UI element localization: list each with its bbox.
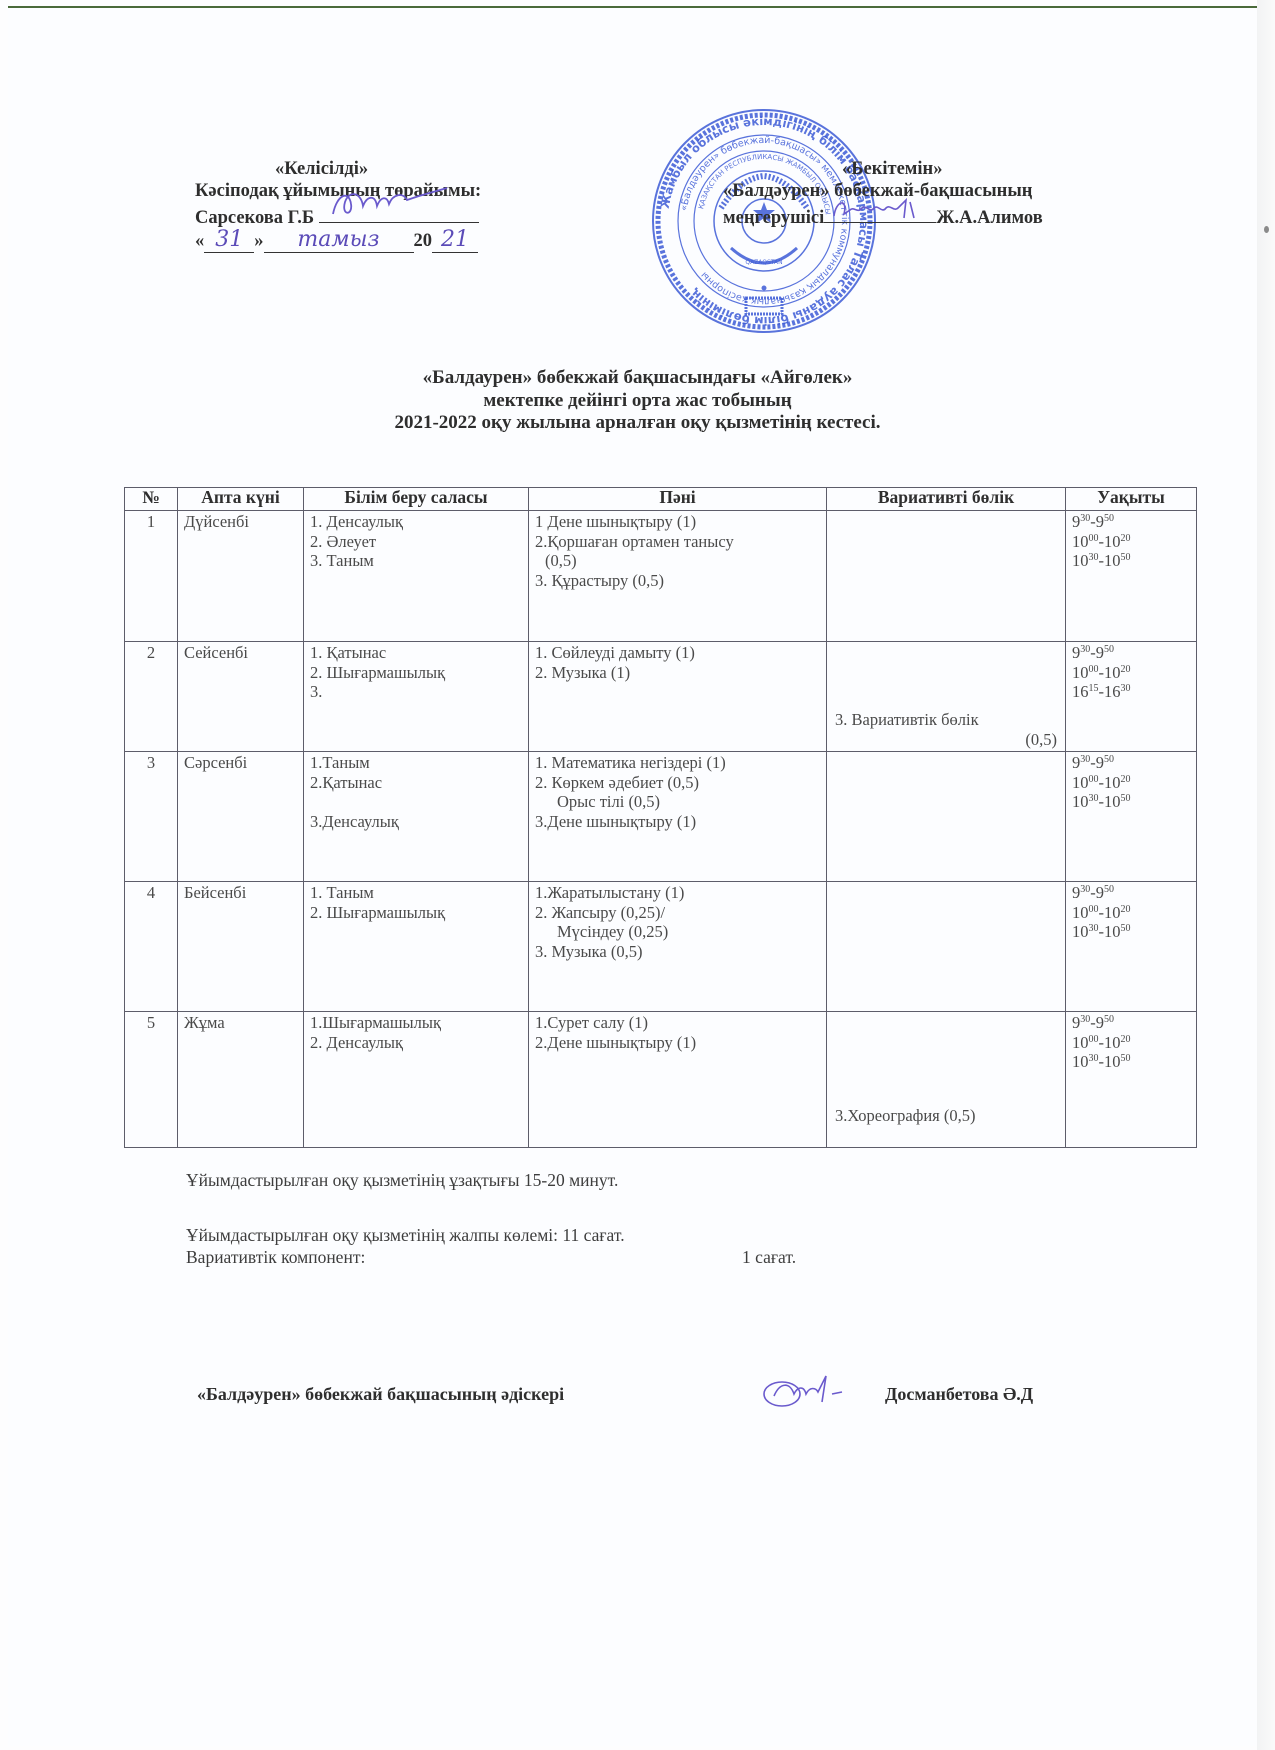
time-slot: 1000-1020 (1072, 773, 1190, 793)
variative-label: 3. Вариативтік бөлік (835, 710, 1057, 730)
subject: (0,5) (535, 551, 820, 571)
variative-cell (827, 882, 1066, 1012)
time-slot: 1615-1630 (1072, 682, 1190, 702)
signature-line-right (824, 202, 936, 223)
time-slot: 1030-1050 (1072, 792, 1190, 812)
approval-left: «Келісілді» Кәсіподақ ұйымының төрайымы:… (195, 158, 481, 253)
subject: 3. Музыка (0,5) (535, 942, 820, 962)
education-area (310, 792, 522, 812)
education-area-cell: 1. Қатынас2. Шығармашылық3. (304, 642, 529, 752)
time-cell: 930-9501000-10201615-1630 (1066, 642, 1197, 752)
note-total-volume: Ұйымдастырылған оқу қызметінің жалпы көл… (186, 1225, 625, 1246)
subject: 2.Дене шынықтыру (1) (535, 1033, 820, 1053)
table-row: 5Жұма1.Шығармашылық2. Денсаулық1.Сурет с… (125, 1012, 1197, 1148)
approval-right-name: Ж.А.Алимов (936, 208, 1042, 228)
time-slot: 1000-1020 (1072, 532, 1190, 552)
header-area: Білім беру саласы (304, 488, 529, 511)
approval-right: «Бекітемін» «Балдәурен» бөбекжай-бақшасы… (720, 158, 1043, 229)
time-cell: 930-9501000-10201030-1050 (1066, 882, 1197, 1012)
education-area: 1. Таным (310, 883, 522, 903)
document-title: «Балдаурен» бөбекжай бақшасындағы «Айгөл… (0, 367, 1275, 435)
header-num: № (125, 488, 178, 511)
date-month: тамыз (297, 227, 379, 252)
education-area: 3. (310, 682, 522, 702)
education-area: 1. Қатынас (310, 643, 522, 663)
education-area: 2. Шығармашылық (310, 903, 522, 923)
svg-text:QAZAQSTAN: QAZAQSTAN (745, 259, 782, 266)
day-of-week: Жұма (178, 1012, 304, 1148)
time-cell: 930-9501000-10201030-1050 (1066, 752, 1197, 882)
signature-icon (760, 1372, 860, 1412)
row-number: 4 (125, 882, 178, 1012)
education-area-cell: 1.Шығармашылық2. Денсаулық (304, 1012, 529, 1148)
signature-icon (327, 186, 457, 222)
row-number: 3 (125, 752, 178, 882)
day-of-week: Дүйсенбі (178, 511, 304, 642)
time-slot: 1000-1020 (1072, 903, 1190, 923)
row-number: 2 (125, 642, 178, 752)
subject-cell: 1.Сурет салу (1)2.Дене шынықтыру (1) (529, 1012, 827, 1148)
subject: 3. Құрастыру (0,5) (535, 571, 820, 591)
signature-icon (828, 196, 928, 222)
date-day: 31 (215, 227, 243, 252)
approval-left-name: Сарсекова Г.Б (195, 208, 314, 228)
note-variative: Вариативтік компонент: 1 сағат. (186, 1247, 365, 1268)
time-slot: 930-950 (1072, 883, 1190, 903)
subject: Орыс тілі (0,5) (535, 792, 820, 812)
subject: 2.Қоршаған ортамен танысу (535, 532, 820, 552)
table-row: 2Сейсенбі1. Қатынас2. Шығармашылық3.1. С… (125, 642, 1197, 752)
signature-line-left (319, 202, 479, 223)
approval-left-heading: «Келісілді» (195, 158, 481, 180)
time-slot: 930-950 (1072, 512, 1190, 532)
education-area: 1.Шығармашылық (310, 1013, 522, 1033)
education-area-cell: 1. Таным2. Шығармашылық (304, 882, 529, 1012)
subject: 1.Сурет салу (1) (535, 1013, 820, 1033)
education-area: 1. Денсаулық (310, 512, 522, 532)
variative-hours: (0,5) (835, 730, 1057, 750)
subject-cell: 1. Сөйлеуді дамыту (1)2. Музыка (1) (529, 642, 827, 752)
education-area-cell: 1.Таным2.Қатынас3.Денсаулық (304, 752, 529, 882)
time-slot: 1000-1020 (1072, 663, 1190, 683)
time-slot: 930-950 (1072, 753, 1190, 773)
time-slot: 1030-1050 (1072, 1052, 1190, 1072)
table-row: 3Сәрсенбі1.Таным2.Қатынас3.Денсаулық1. М… (125, 752, 1197, 882)
header-subject: Пәні (529, 488, 827, 511)
time-slot: 1030-1050 (1072, 922, 1190, 942)
approval-right-heading: «Бекітемін» (720, 158, 1043, 180)
time-slot: 930-950 (1072, 1013, 1190, 1033)
variative-label: 3.Хореография (0,5) (835, 1106, 1057, 1126)
subject: 1. Математика негіздері (1) (535, 753, 820, 773)
table-row: 4Бейсенбі1. Таным2. Шығармашылық1.Жараты… (125, 882, 1197, 1012)
table-header-row: № Апта күні Білім беру саласы Пәні Вариа… (125, 488, 1197, 511)
variative-cell: 3. Вариативтік бөлік(0,5) (827, 642, 1066, 752)
variative-cell: 3.Хореография (0,5) (827, 1012, 1066, 1148)
subject-cell: 1. Математика негіздері (1)2. Көркем әде… (529, 752, 827, 882)
time-cell: 930-9501000-10201030-1050 (1066, 511, 1197, 642)
header-day: Апта күні (178, 488, 304, 511)
time-cell: 930-9501000-10201030-1050 (1066, 1012, 1197, 1148)
header-variative: Вариативті бөлік (827, 488, 1066, 511)
note-variative-value: 1 сағат. (742, 1247, 796, 1268)
subject: Мүсіндеу (0,25) (535, 922, 820, 942)
variative-cell (827, 511, 1066, 642)
subject: 2. Жапсыру (0,25)/ (535, 903, 820, 923)
variative-part: 3. Вариативтік бөлік(0,5) (835, 710, 1057, 749)
education-area-cell: 1. Денсаулық2. Әлеует3. Таным (304, 511, 529, 642)
education-area: 2. Шығармашылық (310, 663, 522, 683)
table-row: 1Дүйсенбі1. Денсаулық2. Әлеует3. Таным1 … (125, 511, 1197, 642)
header-time: Уақыты (1066, 488, 1197, 511)
scan-edge (1257, 0, 1275, 1750)
row-number: 1 (125, 511, 178, 642)
date-year: 21 (441, 227, 469, 252)
day-of-week: Сәрсенбі (178, 752, 304, 882)
education-area: 2.Қатынас (310, 773, 522, 793)
education-area: 1.Таным (310, 753, 522, 773)
row-number: 5 (125, 1012, 178, 1148)
day-of-week: Бейсенбі (178, 882, 304, 1012)
education-area: 3. Таным (310, 551, 522, 571)
time-slot: 1030-1050 (1072, 551, 1190, 571)
subject-cell: 1 Дене шынықтыру (1)2.Қоршаған ортамен т… (529, 511, 827, 642)
note-variative-label: Вариативтік компонент: (186, 1247, 365, 1267)
education-area: 2. Денсаулық (310, 1033, 522, 1053)
subject-cell: 1.Жаратылыстану (1)2. Жапсыру (0,25)/Мүс… (529, 882, 827, 1012)
subject: 1 Дене шынықтыру (1) (535, 512, 820, 532)
variative-cell (827, 752, 1066, 882)
subject: 2. Көркем әдебиет (0,5) (535, 773, 820, 793)
day-of-week: Сейсенбі (178, 642, 304, 752)
signoff-role: «Балдәурен» бөбекжай бақшасының әдіскері (197, 1384, 564, 1405)
approval-right-role: меңгерушісі (723, 208, 824, 228)
subject: 1.Жаратылыстану (1) (535, 883, 820, 903)
signoff-name: Досманбетова Ә.Д (885, 1384, 1033, 1405)
subject: 2. Музыка (1) (535, 663, 820, 683)
education-area: 3.Денсаулық (310, 812, 522, 832)
subject: 1. Сөйлеуді дамыту (1) (535, 643, 820, 663)
subject: 3.Дене шынықтыру (1) (535, 812, 820, 832)
education-area: 2. Әлеует (310, 532, 522, 552)
note-duration: Ұйымдастырылған оқу қызметінің ұзақтығы … (186, 1170, 618, 1191)
schedule-table: № Апта күні Білім беру саласы Пәні Вариа… (124, 487, 1197, 1148)
variative-part: 3.Хореография (0,5) (835, 1106, 1057, 1126)
time-slot: 1000-1020 (1072, 1033, 1190, 1053)
time-slot: 930-950 (1072, 643, 1190, 663)
